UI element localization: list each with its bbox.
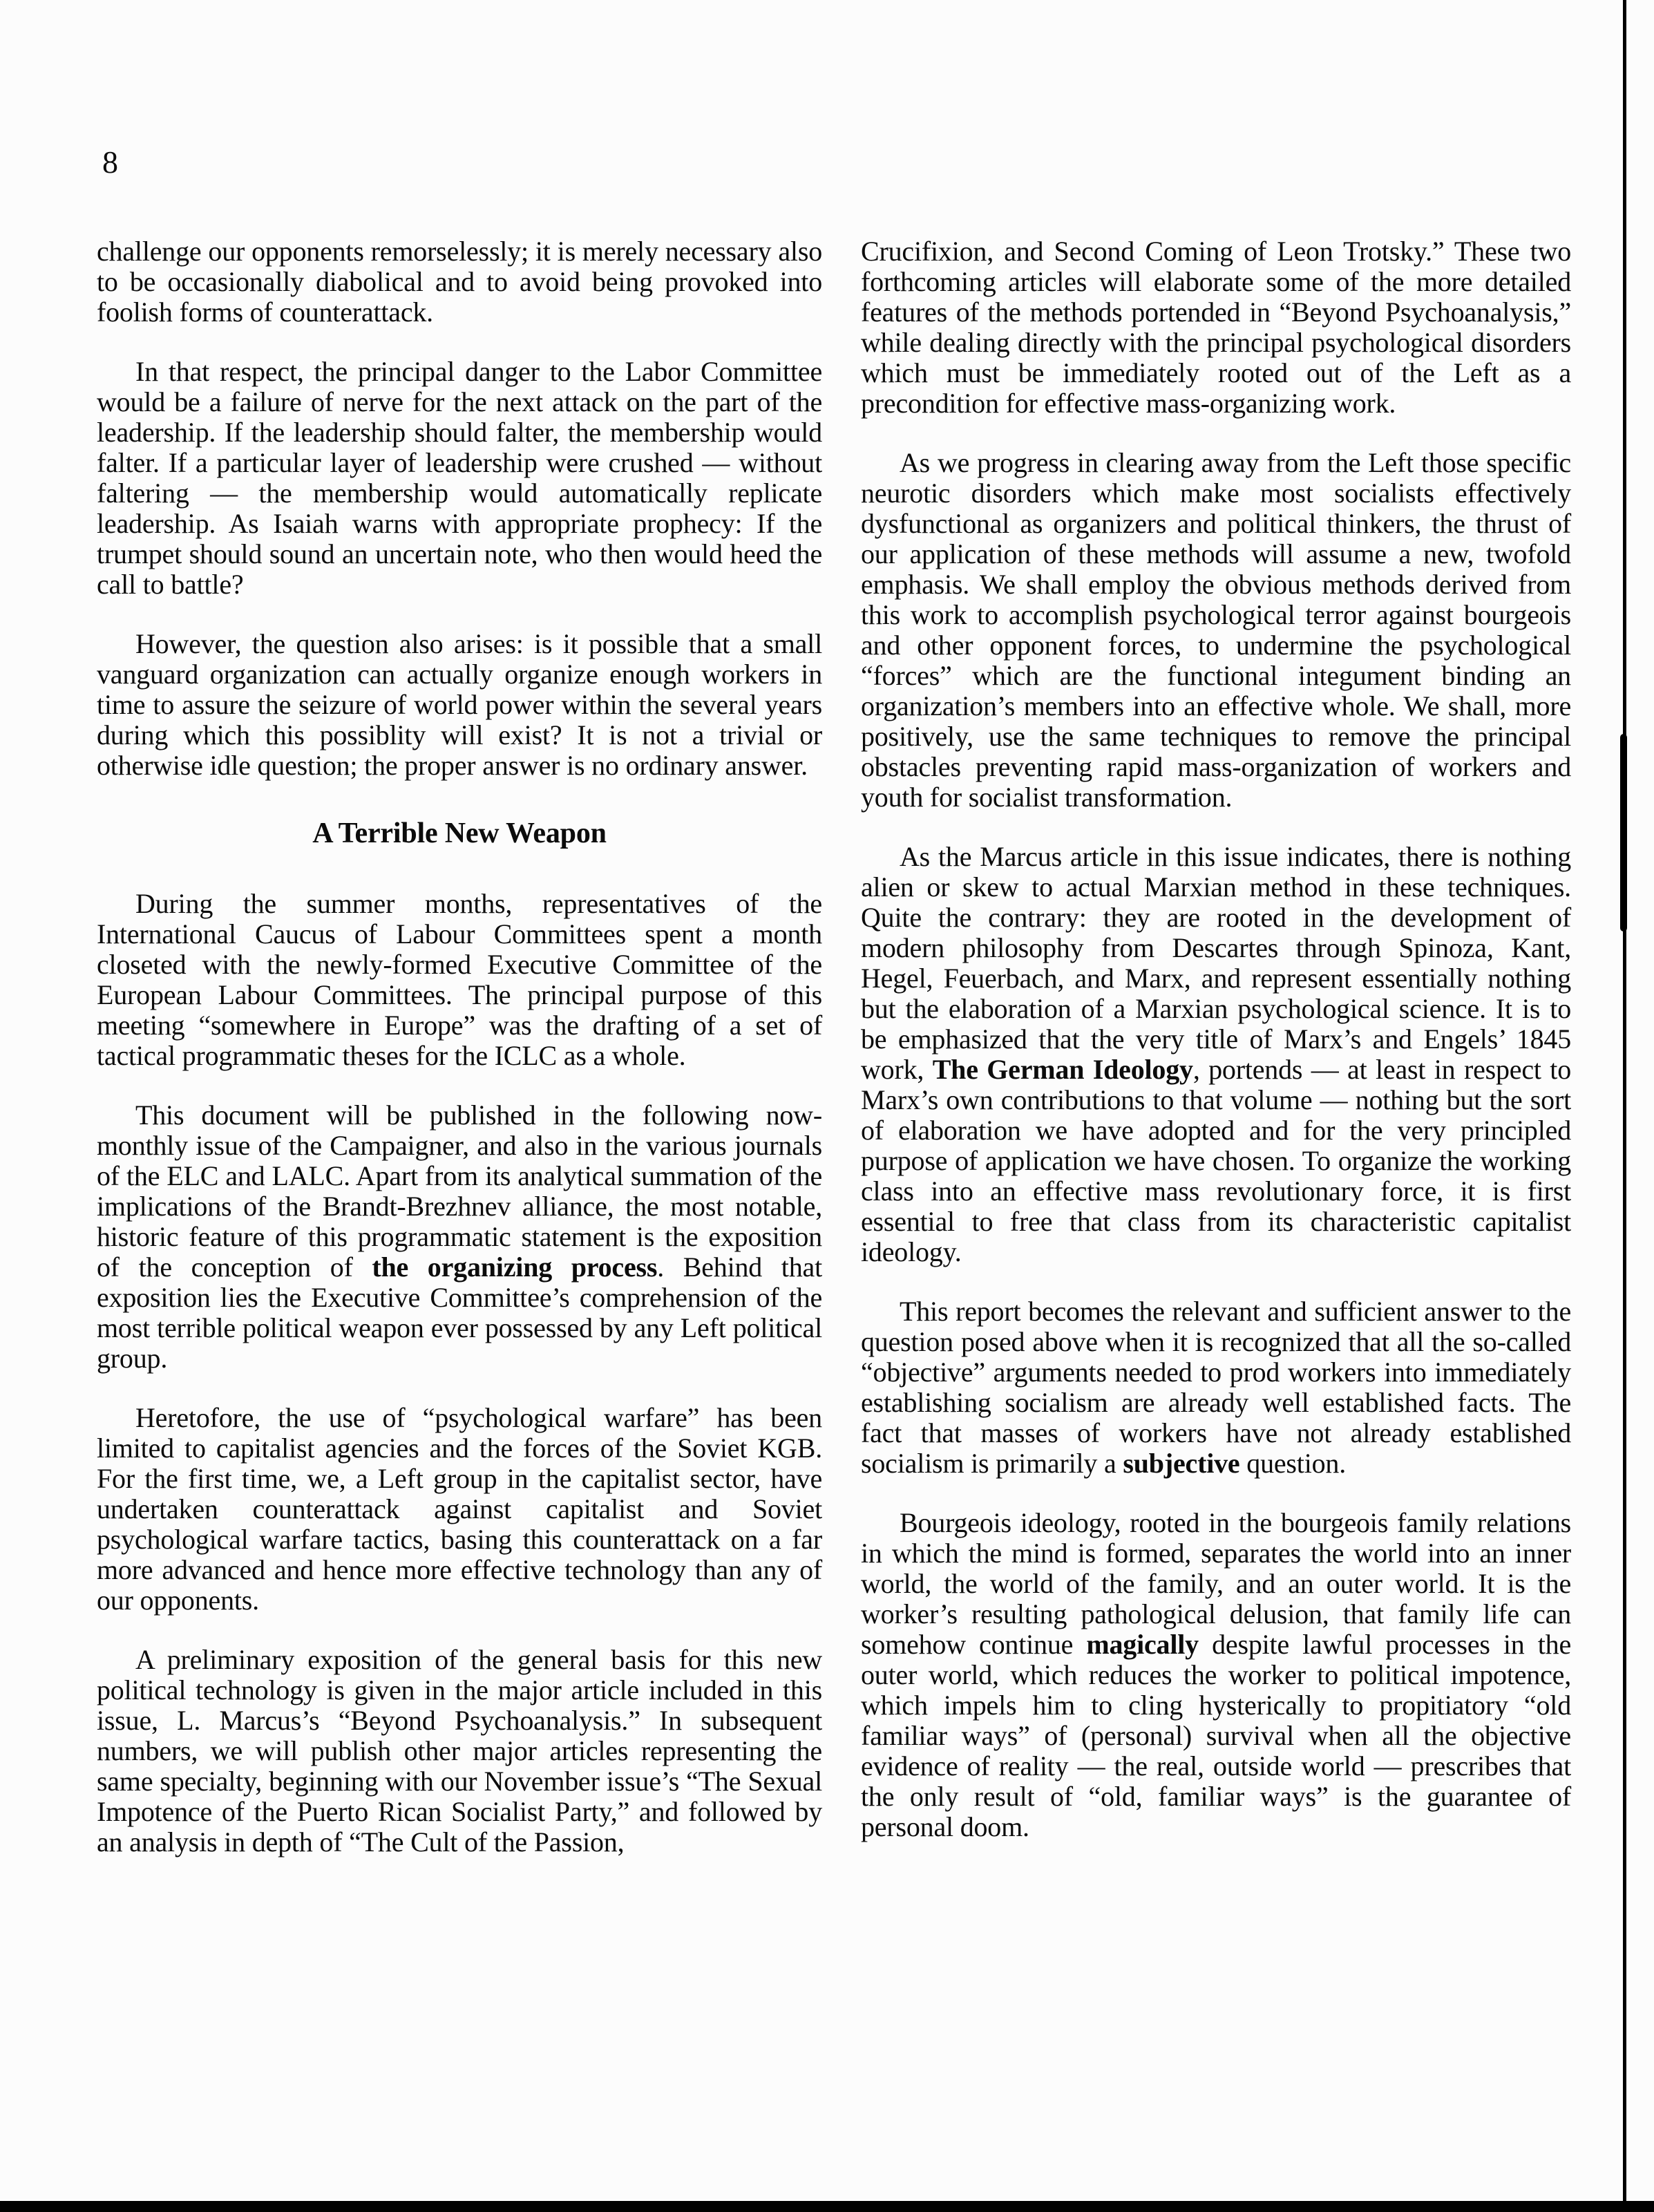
right-column: Crucifixion, and Second Coming of Leon T… <box>861 236 1571 1842</box>
scan-edge-bar <box>0 2201 1654 2212</box>
page-number: 8 <box>102 146 118 178</box>
scan-edge-line <box>1623 0 1626 2212</box>
paragraph: Bourgeois ideology, rooted in the bourge… <box>861 1508 1571 1842</box>
paragraph: Heretofore, the use of “psychological wa… <box>97 1403 822 1616</box>
scanned-page: 8 challenge our opponents remorselessly;… <box>0 0 1654 2212</box>
section-heading: A Terrible New Weapon <box>97 818 822 849</box>
paragraph: This document will be published in the f… <box>97 1100 822 1374</box>
paragraph: As we progress in clearing away from the… <box>861 448 1571 813</box>
paragraph: challenge our opponents remorselessly; i… <box>97 236 822 328</box>
paragraph: As the Marcus article in this issue indi… <box>861 842 1571 1267</box>
scan-edge-line-bulge <box>1620 734 1627 932</box>
left-column: challenge our opponents remorselessly; i… <box>97 236 822 1857</box>
paragraph: A preliminary exposition of the general … <box>97 1645 822 1857</box>
paragraph: In that respect, the principal danger to… <box>97 357 822 600</box>
paragraph: Crucifixion, and Second Coming of Leon T… <box>861 236 1571 419</box>
paragraph: However, the question also arises: is it… <box>97 629 822 781</box>
paragraph: This report becomes the relevant and suf… <box>861 1296 1571 1479</box>
paragraph: During the summer months, representative… <box>97 889 822 1071</box>
